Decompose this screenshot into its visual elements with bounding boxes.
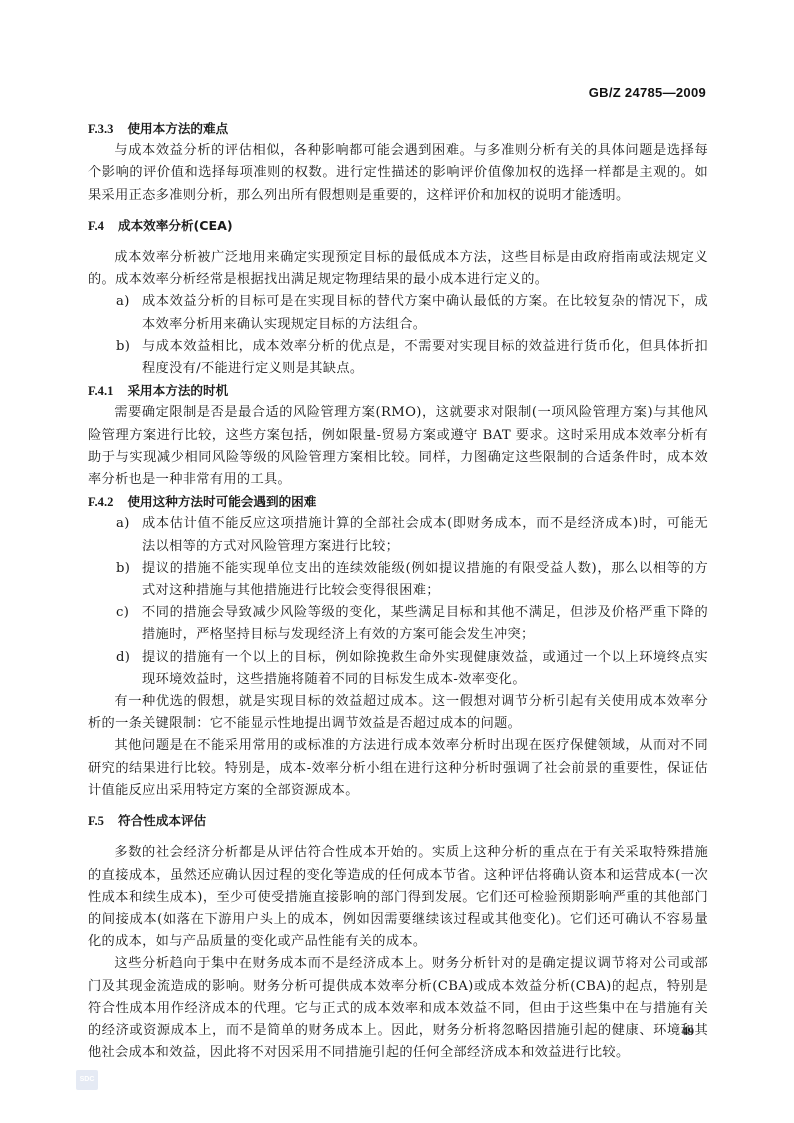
section-title: 使用本方法的难点 xyxy=(127,121,228,136)
section-heading-f42: F.4.2使用这种方法时可能会遇到的困难 xyxy=(88,491,708,513)
publisher-logo: SDC xyxy=(76,1070,98,1090)
list-label: a) xyxy=(116,291,130,313)
list-item: a) 成本估计值不能反应这项措施计算的全部社会成本(即财务成本，而不是经济成本)… xyxy=(88,513,708,557)
list-item: c) 不同的措施会导致减少风险等级的变化，某些满足目标和其他不满足，但涉及价格严… xyxy=(88,602,708,646)
paragraph: 成本效率分析被广泛地用来确定实现预定目标的最低成本方法，这些目标是由政府指南或法… xyxy=(88,247,708,291)
section-number: F.4.2 xyxy=(88,495,113,509)
section-number: F.5 xyxy=(88,814,104,828)
list-item: d) 提议的措施有一个以上的目标，例如除挽救生命外实现健康效益，或通过一个以上环… xyxy=(88,647,708,691)
list-text: 成本估计值不能反应这项措施计算的全部社会成本(即财务成本，而不是经济成本)时，可… xyxy=(142,516,708,553)
section-title: 采用本方法的时机 xyxy=(127,383,228,398)
section-number: F.4.1 xyxy=(88,384,113,398)
list-text: 提议的措施不能实现单位支出的连续效能级(例如提议措施的有限受益人数)，那么以相等… xyxy=(142,561,708,598)
list-label: c) xyxy=(116,602,129,624)
list-item: b) 提议的措施不能实现单位支出的连续效能级(例如提议措施的有限受益人数)，那么… xyxy=(88,558,708,602)
standard-code: GB/Z 24785—2009 xyxy=(589,85,706,100)
document-body: F.3.3使用本方法的难点 与成本效益分析的评估相似，各种影响都可能会遇到困难。… xyxy=(88,118,708,1064)
paragraph: 这些分析趋向于集中在财务成本而不是经济成本上。财务分析针对的是确定提议调节将对公… xyxy=(88,953,708,1064)
paragraph: 其他问题是在不能采用常用的或标准的方法进行成本效率分析时出现在医疗保健领域，从而… xyxy=(88,735,708,802)
page-number: 49 xyxy=(682,1024,694,1039)
section-title: 成本效率分析(CEA) xyxy=(118,218,233,233)
list-label: a) xyxy=(116,513,130,535)
section-heading-f33: F.3.3使用本方法的难点 xyxy=(88,118,708,140)
paragraph: 需要确定限制是否是最合适的风险管理方案(RMO)，这就要求对限制(一项风险管理方… xyxy=(88,402,708,491)
list-label: b) xyxy=(116,336,130,358)
list-text: 提议的措施有一个以上的目标，例如除挽救生命外实现健康效益，或通过一个以上环境终点… xyxy=(142,650,708,687)
list-item: a) 成本效益分析的目标可是在实现目标的替代方案中确认最低的方案。在比较复杂的情… xyxy=(88,291,708,335)
list-label: b) xyxy=(116,558,130,580)
section-heading-f5: F.5符合性成本评估 xyxy=(88,810,708,832)
list-text: 与成本效益相比，成本效率分析的优点是，不需要对实现目标的效益进行货币化，但具体折… xyxy=(142,339,708,376)
list-label: d) xyxy=(116,647,130,669)
list-text: 不同的措施会导致减少风险等级的变化，某些满足目标和其他不满足，但涉及价格严重下降… xyxy=(142,605,708,642)
section-title: 符合性成本评估 xyxy=(118,813,206,828)
paragraph: 多数的社会经济分析都是从评估符合性成本开始的。实质上这种分析的重点在于有关采取特… xyxy=(88,842,708,953)
paragraph: 有一种优选的假想，就是实现目标的效益超过成本。这一假想对调节分析引起有关使用成本… xyxy=(88,691,708,735)
section-heading-f4: F.4成本效率分析(CEA) xyxy=(88,215,708,237)
paragraph: 与成本效益分析的评估相似，各种影响都可能会遇到困难。与多准则分析有关的具体问题是… xyxy=(88,140,708,207)
section-number: F.3.3 xyxy=(88,122,113,136)
section-number: F.4 xyxy=(88,219,104,233)
section-title: 使用这种方法时可能会遇到的困难 xyxy=(127,494,316,509)
list-text: 成本效益分析的目标可是在实现目标的替代方案中确认最低的方案。在比较复杂的情况下，… xyxy=(142,294,708,331)
list-item: b) 与成本效益相比，成本效率分析的优点是，不需要对实现目标的效益进行货币化，但… xyxy=(88,336,708,380)
section-heading-f41: F.4.1采用本方法的时机 xyxy=(88,380,708,402)
